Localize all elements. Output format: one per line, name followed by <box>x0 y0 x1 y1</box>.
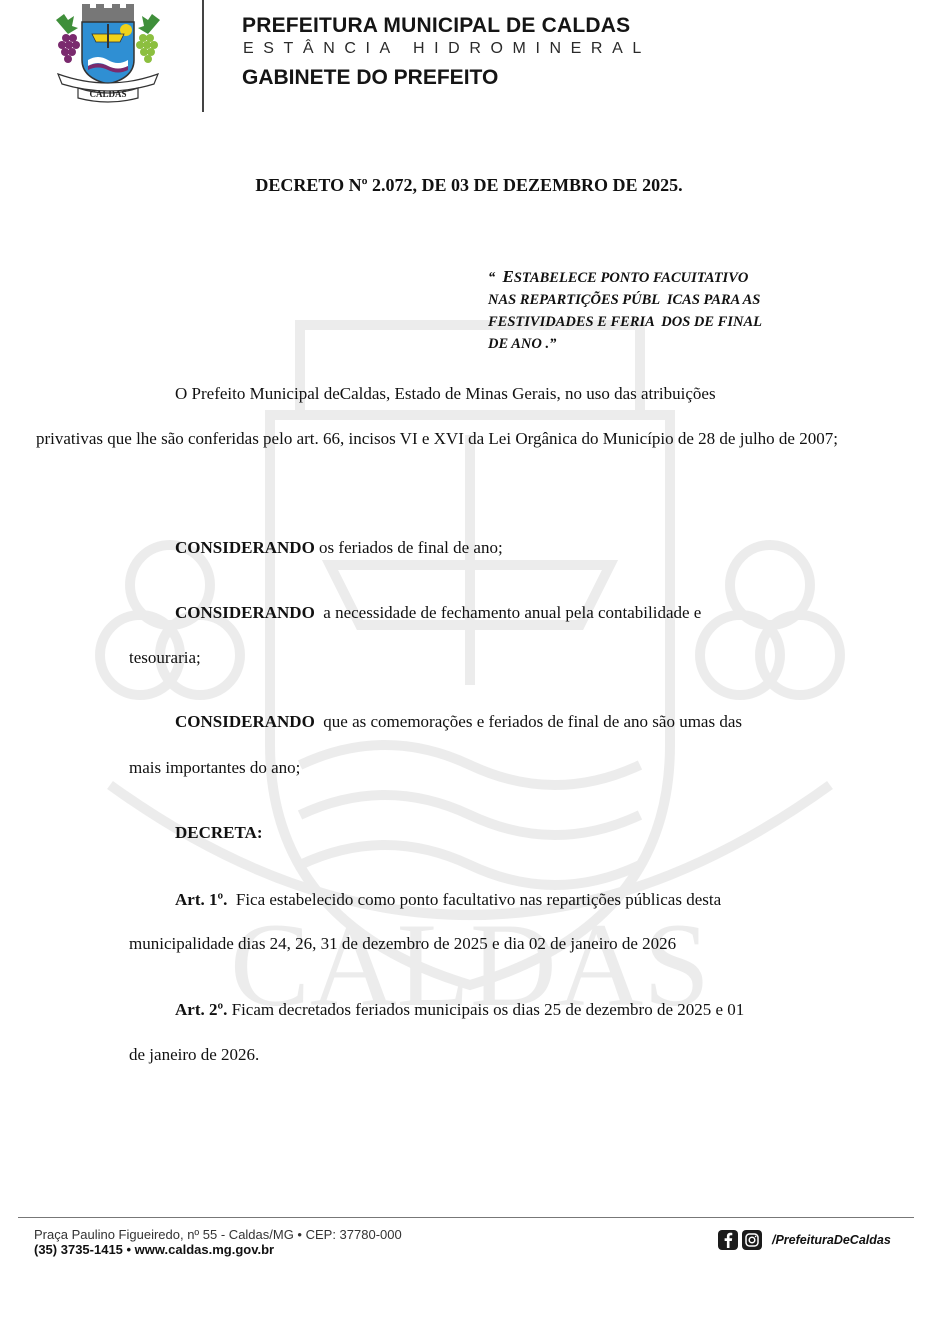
decree-ementa: “ ESTABELECE PONTO FACUITATIVO NAS REPAR… <box>488 266 798 355</box>
social-links: /PrefeituraDeCaldas <box>718 1230 891 1250</box>
header-title: PREFEITURA MUNICIPAL DE CALDAS <box>242 14 630 38</box>
considerando-keyword: CONSIDERANDO <box>175 712 315 731</box>
article-label: Art. 2º. <box>175 1000 227 1019</box>
considerando-text: a necessidade de fechamento anual pela c… <box>315 603 702 622</box>
article-text: Ficam decretados feriados municipais os … <box>227 1000 744 1019</box>
ementa-first-letter: E <box>503 267 514 286</box>
considerando-2: CONSIDERANDO a necessidade de fechamento… <box>175 602 701 624</box>
article-2: Art. 2º. Ficam decretados feriados munic… <box>175 999 744 1021</box>
svg-text:CALDAS: CALDAS <box>89 89 126 99</box>
considerando-2-line-2: tesouraria; <box>129 647 201 669</box>
footer-divider <box>18 1217 914 1218</box>
article-text: Fica estabelecido como ponto facultativo… <box>227 890 721 909</box>
considerando-3: CONSIDERANDO que as comemorações e feria… <box>175 711 742 733</box>
decree-title: DECRETO Nº 2.072, DE 03 DE DEZEMBRO DE 2… <box>0 175 938 196</box>
considerando-3-line-2: mais importantes do ano; <box>129 757 300 779</box>
decreta-heading: DECRETA: <box>175 822 263 844</box>
preamble-line-1: O Prefeito Municipal deCaldas, Estado de… <box>175 383 716 405</box>
header-subtitle: ESTÂNCIA HIDROMINERAL <box>243 40 651 58</box>
considerando-keyword: CONSIDERANDO <box>175 603 315 622</box>
preamble-line-2: privativas que lhe são conferidas pelo a… <box>36 428 838 450</box>
article-2-line-2: de janeiro de 2026. <box>129 1044 259 1066</box>
considerando-1: CONSIDERANDO os feriados de final de ano… <box>175 537 503 559</box>
considerando-text: que as comemorações e feriados de final … <box>315 712 742 731</box>
footer-address: Praça Paulino Figueiredo, nº 55 - Caldas… <box>34 1227 402 1242</box>
considerando-text: os feriados de final de ano; <box>315 538 503 557</box>
instagram-icon[interactable] <box>742 1230 762 1250</box>
footer-contact: (35) 3735-1415 • www.caldas.mg.gov.br <box>34 1242 274 1257</box>
ementa-line-3: FESTIVIDADES E FERIA DOS DE FINAL <box>488 311 798 333</box>
considerando-keyword: CONSIDERANDO <box>175 538 315 557</box>
article-1-line-2: municipalidade dias 24, 26, 31 de dezemb… <box>129 933 676 955</box>
coat-of-arms-logo: CALDAS <box>48 2 168 104</box>
ementa-line-4: DE ANO .” <box>488 333 798 355</box>
article-1: Art. 1º. Fica estabelecido como ponto fa… <box>175 889 721 911</box>
facebook-icon[interactable] <box>718 1230 738 1250</box>
header-office: GABINETE DO PREFEITO <box>242 66 498 90</box>
ementa-line-2: NAS REPARTIÇÕES PÚBL ICAS PARA AS <box>488 289 798 311</box>
article-label: Art. 1º. <box>175 890 227 909</box>
ementa-open-quote: “ <box>488 270 495 286</box>
ementa-line-1: STABELECE PONTO FACUITATIVO <box>514 270 749 286</box>
header-divider <box>202 0 204 112</box>
social-handle[interactable]: /PrefeituraDeCaldas <box>772 1233 891 1247</box>
